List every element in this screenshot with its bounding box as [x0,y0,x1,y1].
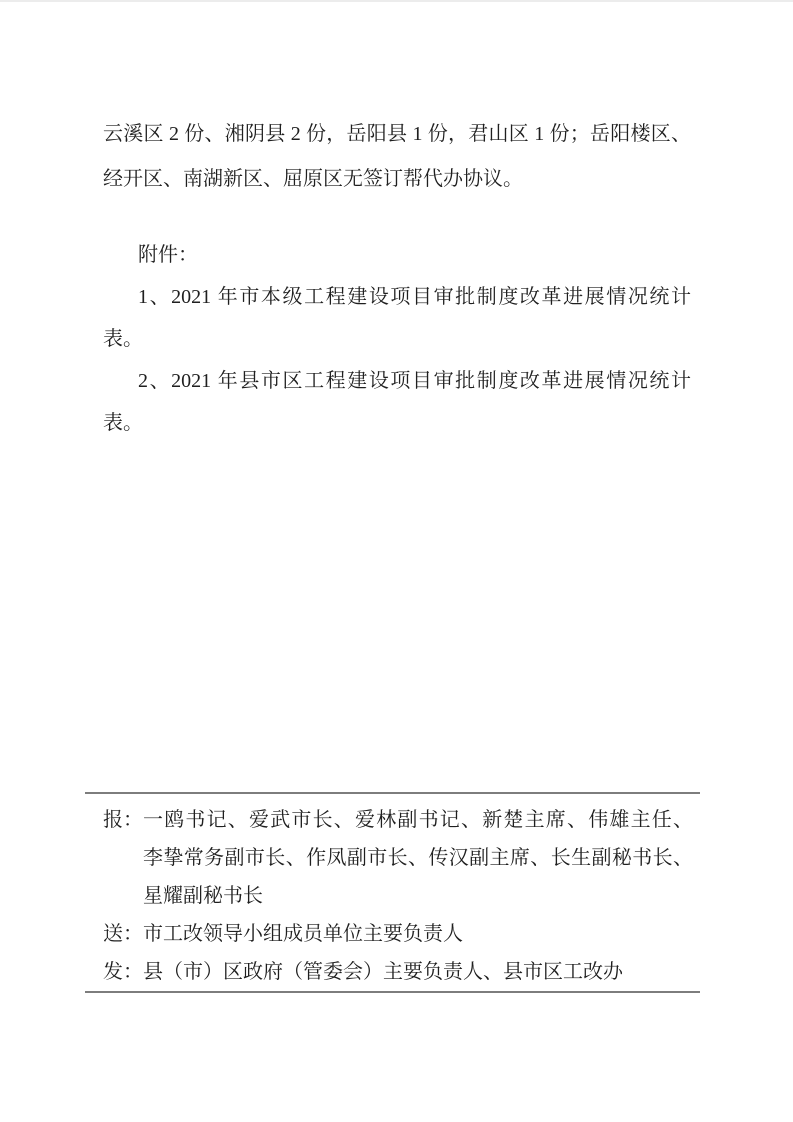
issue-row: 发： 县（市）区政府（管委会）主要负责人、县市区工改办 [103,953,693,991]
attachment-item-2-line-2: 表。 [103,402,691,444]
send-line: 市工改领导小组成员单位主要负责人 [143,915,693,953]
report-recipients: 一鸥书记、爱武市长、爱林副书记、新楚主席、伟雄主任、 李挚常务副市长、作凤副市长… [143,801,693,915]
body-line: 云溪区 2 份、湘阴县 2 份，岳阳县 1 份，君山区 1 份；岳阳楼区、 [103,112,691,157]
send-recipients: 市工改领导小组成员单位主要负责人 [143,915,693,953]
distribution-section: 报： 一鸥书记、爱武市长、爱林副书记、新楚主席、伟雄主任、 李挚常务副市长、作凤… [103,801,693,991]
attachment-item-2-line-1: 2、2021 年县市区工程建设项目审批制度改革进展情况统计 [103,360,691,402]
attachments-label: 附件： [103,234,691,276]
scan-edge-artifact [0,0,793,2]
distribution-top-rule [85,792,700,794]
send-label: 送： [103,915,143,953]
send-row: 送： 市工改领导小组成员单位主要负责人 [103,915,693,953]
issue-label: 发： [103,953,143,991]
attachment-item-1-line-1: 1、2021 年市本级工程建设项目审批制度改革进展情况统计 [103,276,691,318]
body-paragraph: 云溪区 2 份、湘阴县 2 份，岳阳县 1 份，君山区 1 份；岳阳楼区、 经开… [103,112,691,202]
attachment-item-1-line-2: 表。 [103,318,691,360]
report-line: 一鸥书记、爱武市长、爱林副书记、新楚主席、伟雄主任、 [143,801,693,839]
document-page: 云溪区 2 份、湘阴县 2 份，岳阳县 1 份，君山区 1 份；岳阳楼区、 经开… [0,0,793,1122]
report-label: 报： [103,801,143,839]
issue-line: 县（市）区政府（管委会）主要负责人、县市区工改办 [143,953,693,991]
distribution-bottom-rule [85,991,700,993]
report-row: 报： 一鸥书记、爱武市长、爱林副书记、新楚主席、伟雄主任、 李挚常务副市长、作凤… [103,801,693,915]
report-line: 星耀副秘书长 [143,877,693,915]
issue-recipients: 县（市）区政府（管委会）主要负责人、县市区工改办 [143,953,693,991]
body-line: 经开区、南湖新区、屈原区无签订帮代办协议。 [103,157,691,202]
attachments-section: 附件： 1、2021 年市本级工程建设项目审批制度改革进展情况统计 表。 2、2… [103,234,691,444]
report-line: 李挚常务副市长、作凤副市长、传汉副主席、长生副秘书长、 [143,839,693,877]
